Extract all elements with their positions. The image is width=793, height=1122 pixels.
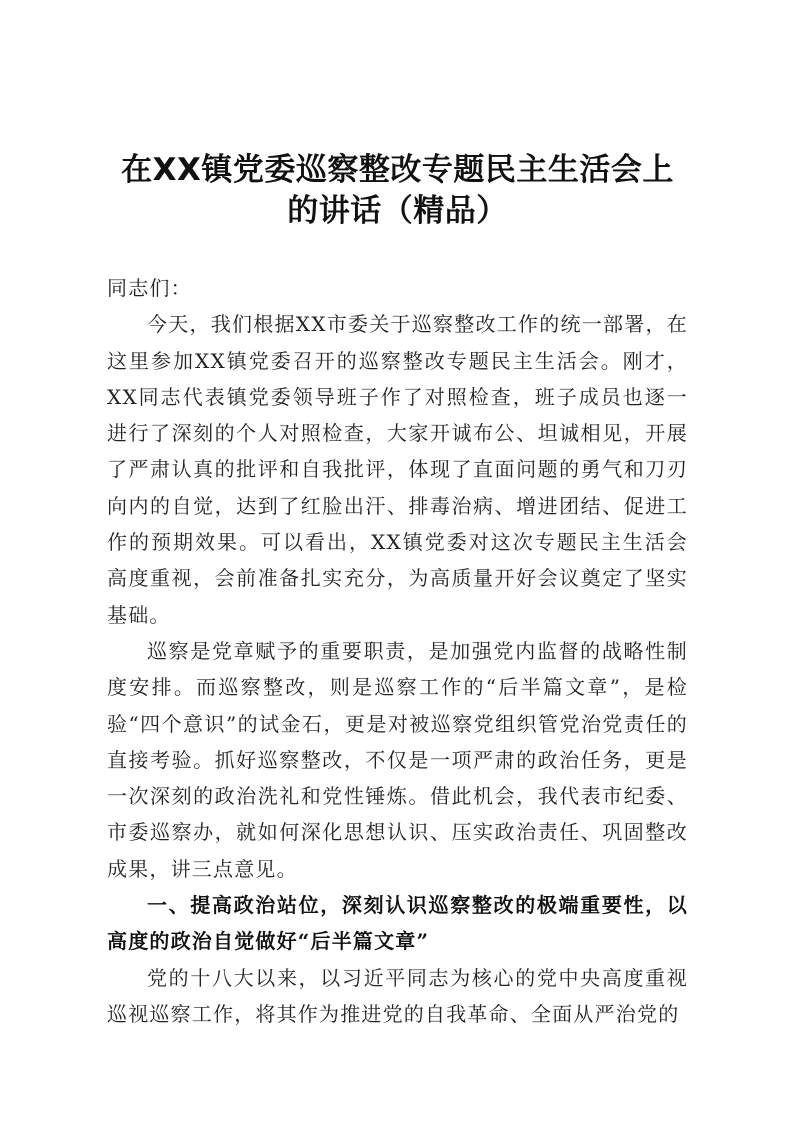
paragraph-opening: 今天，我们根据XX市委关于巡察整改工作的统一部署，在这里参加XX镇党委召开的巡察… (107, 306, 688, 633)
title-line-2: 的讲话（精品） (107, 191, 688, 232)
title-line-1: 在XX镇党委巡察整改专题民主生活会上 (107, 150, 688, 191)
salutation: 同志们： (107, 270, 688, 306)
section-1-paragraph: 党的十八大以来，以习近平同志为核心的党中央高度重视巡视巡察工作，将其作为推进党的… (107, 960, 688, 1033)
section-heading-1: 一、提高政治站位，深刻认识巡察整改的极端重要性，以高度的政治自觉做好“后半篇文章… (107, 887, 688, 960)
paragraph-inspection-importance: 巡察是党章赋予的重要职责，是加强党内监督的战略性制度安排。而巡察整改，则是巡察工… (107, 633, 688, 887)
document-title: 在XX镇党委巡察整改专题民主生活会上 的讲话（精品） (107, 150, 688, 232)
document-body: 同志们： 今天，我们根据XX市委关于巡察整改工作的统一部署，在这里参加XX镇党委… (107, 270, 688, 1032)
